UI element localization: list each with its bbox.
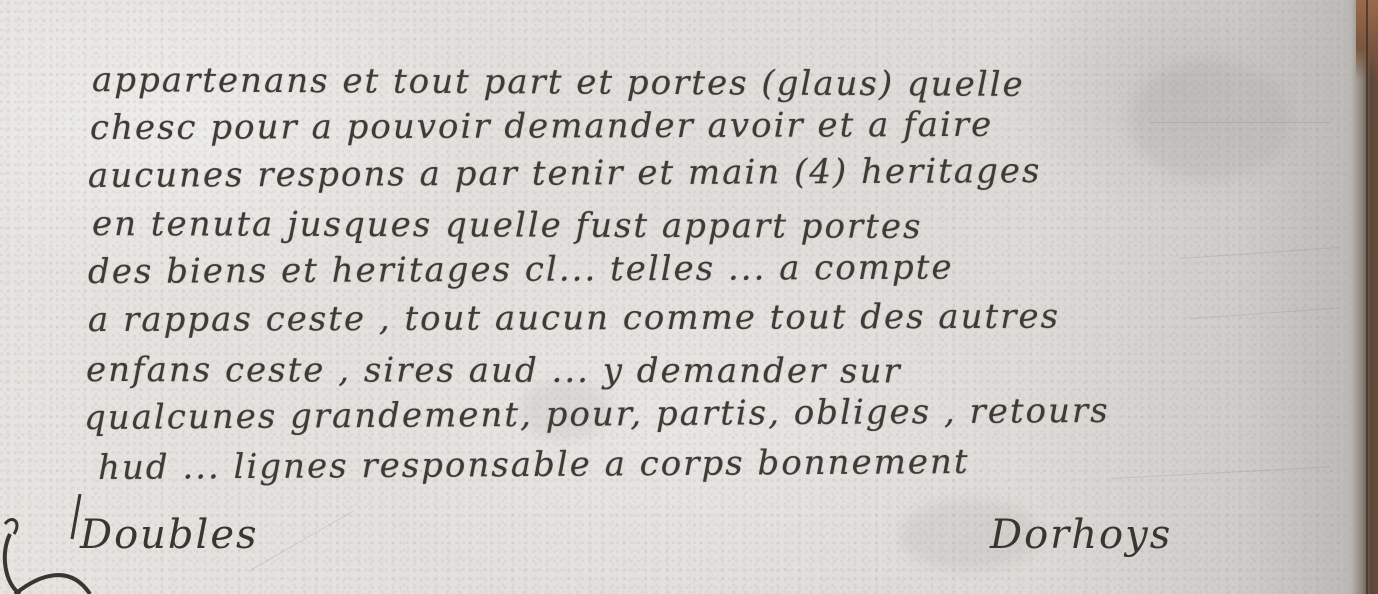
manuscript-line-5: des biens et heritages cl... telles ... … — [88, 247, 954, 292]
signature-left: Doubles — [80, 512, 259, 558]
signature-right: Dorhoys — [990, 512, 1172, 558]
manuscript-line-1: appartenans et tout part et portes (glau… — [92, 60, 1025, 105]
parchment-stain — [1130, 60, 1290, 180]
manuscript-line-7: enfans ceste , sires aud ... y demander … — [86, 350, 902, 391]
ruled-line — [1180, 247, 1340, 259]
manuscript-line-2: chesc pour a pouvoir demander avoir et a… — [90, 105, 993, 148]
page-edge-line — [1366, 0, 1368, 594]
ruled-line — [1190, 308, 1340, 319]
ruled-line — [1110, 466, 1330, 479]
manuscript-line-6: a rappas ceste , tout aucun comme tout d… — [88, 297, 1060, 340]
manuscript-photo: appartenans et tout part et portes (glau… — [0, 0, 1378, 594]
page-edge — [1342, 0, 1378, 594]
manuscript-line-4: en tenuta jusques quelle fust appart por… — [92, 204, 923, 247]
manuscript-line-3: aucunes respons a par tenir et main (4) … — [88, 151, 1042, 196]
manuscript-line-9: hud ... lignes responsable a corps bonne… — [98, 442, 970, 488]
manuscript-line-8: qualcunes grandement, pour, partis, obli… — [84, 391, 1110, 438]
ruled-line — [250, 510, 354, 571]
ruled-line — [1150, 122, 1330, 123]
